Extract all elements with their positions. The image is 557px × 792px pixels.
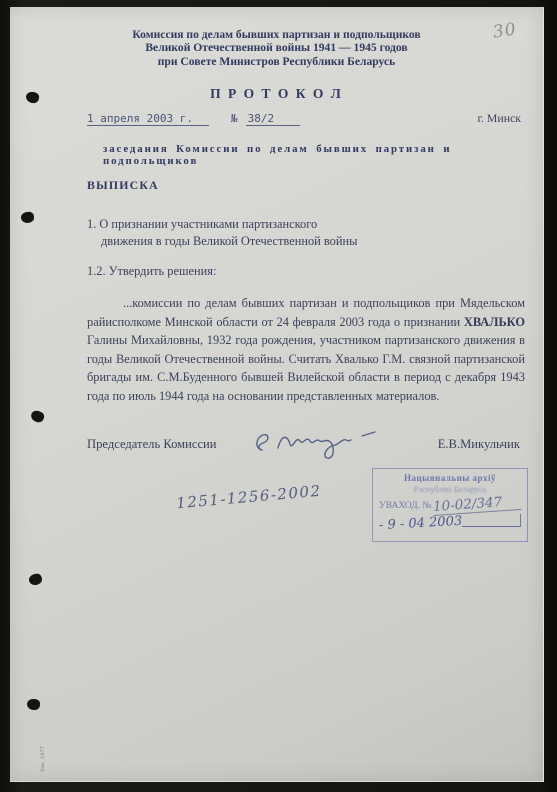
paragraph-end: Галины Михайловны, 1932 года рождения, у… — [87, 333, 525, 403]
person-name-bold: ХВАЛЬКО — [464, 315, 525, 329]
chairman-role-label: Председатель Комиссии — [87, 437, 217, 452]
stamp-line1: Нацыянальны архіў — [379, 473, 521, 483]
number-sign: № — [231, 112, 238, 125]
stamp-date-row: - 9 - 04 2003 — [379, 514, 521, 531]
letterhead-line1: Комиссия по делам бывших партизан и подп… — [10, 28, 543, 41]
chairman-name: Е.В.Микульчик — [438, 437, 520, 452]
archive-stamp: Нацыянальны архіў Рэспублікі Беларусь УВ… — [372, 468, 528, 542]
punch-hole — [26, 698, 40, 710]
agenda-item-1: 1. О признании участниками партизанского… — [87, 216, 357, 250]
paragraph-start: ...комиссии по делам бывших партизан и п… — [87, 296, 525, 329]
agenda-item-1-line1: 1. О признании участниками партизанского — [87, 217, 317, 231]
stamp-date-underline — [462, 514, 521, 527]
scanned-document-view: 30 Комиссия по делам бывших партизан и п… — [0, 0, 557, 792]
document-page: 30 Комиссия по делам бывших партизан и п… — [10, 7, 544, 782]
letterhead-line2: Великой Отечественной войны 1941 — 1945 … — [10, 41, 543, 54]
punch-hole — [30, 409, 46, 424]
print-order-mark: Зак. 1877 — [40, 746, 46, 772]
agenda-item-1-line2: движения в годы Великой Отечественной во… — [87, 233, 357, 250]
document-title: П Р О Т О К О Л — [10, 86, 543, 102]
decision-paragraph: ...комиссии по делам бывших партизан и п… — [87, 294, 525, 406]
city-label: г. Минск — [478, 111, 522, 126]
date-number-row: 1 апреля 2003 г. № 38/2 г. Минск — [87, 111, 521, 126]
letterhead-line3: при Совете Министров Республики Беларусь — [10, 55, 543, 68]
stamp-entry-row: УВАХОД. № 10-02/347 — [379, 496, 521, 513]
protocol-number: 38/2 — [246, 112, 301, 126]
punch-hole — [20, 211, 34, 224]
stamp-line2: Рэспублікі Беларусь — [379, 484, 521, 494]
protocol-date: 1 апреля 2003 г. — [87, 112, 209, 126]
letterhead: Комиссия по делам бывших партизан и подп… — [10, 28, 543, 68]
decision-item-1-2: 1.2. Утвердить решения: — [87, 264, 216, 279]
handwritten-archive-number: 1251-1256-2002 — [175, 482, 322, 513]
stamp-entry-date-handwritten: - 9 - 04 2003 — [379, 514, 463, 533]
stamp-entry-number-handwritten: 10-02/347 — [433, 493, 522, 516]
meeting-subtitle: заседания Комиссии по делам бывших парти… — [103, 143, 543, 167]
handwritten-signature — [248, 420, 380, 466]
punch-hole — [28, 573, 43, 587]
stamp-entry-label: УВАХОД. № — [379, 501, 431, 511]
extract-label: ВЫПИСКА — [87, 178, 159, 193]
